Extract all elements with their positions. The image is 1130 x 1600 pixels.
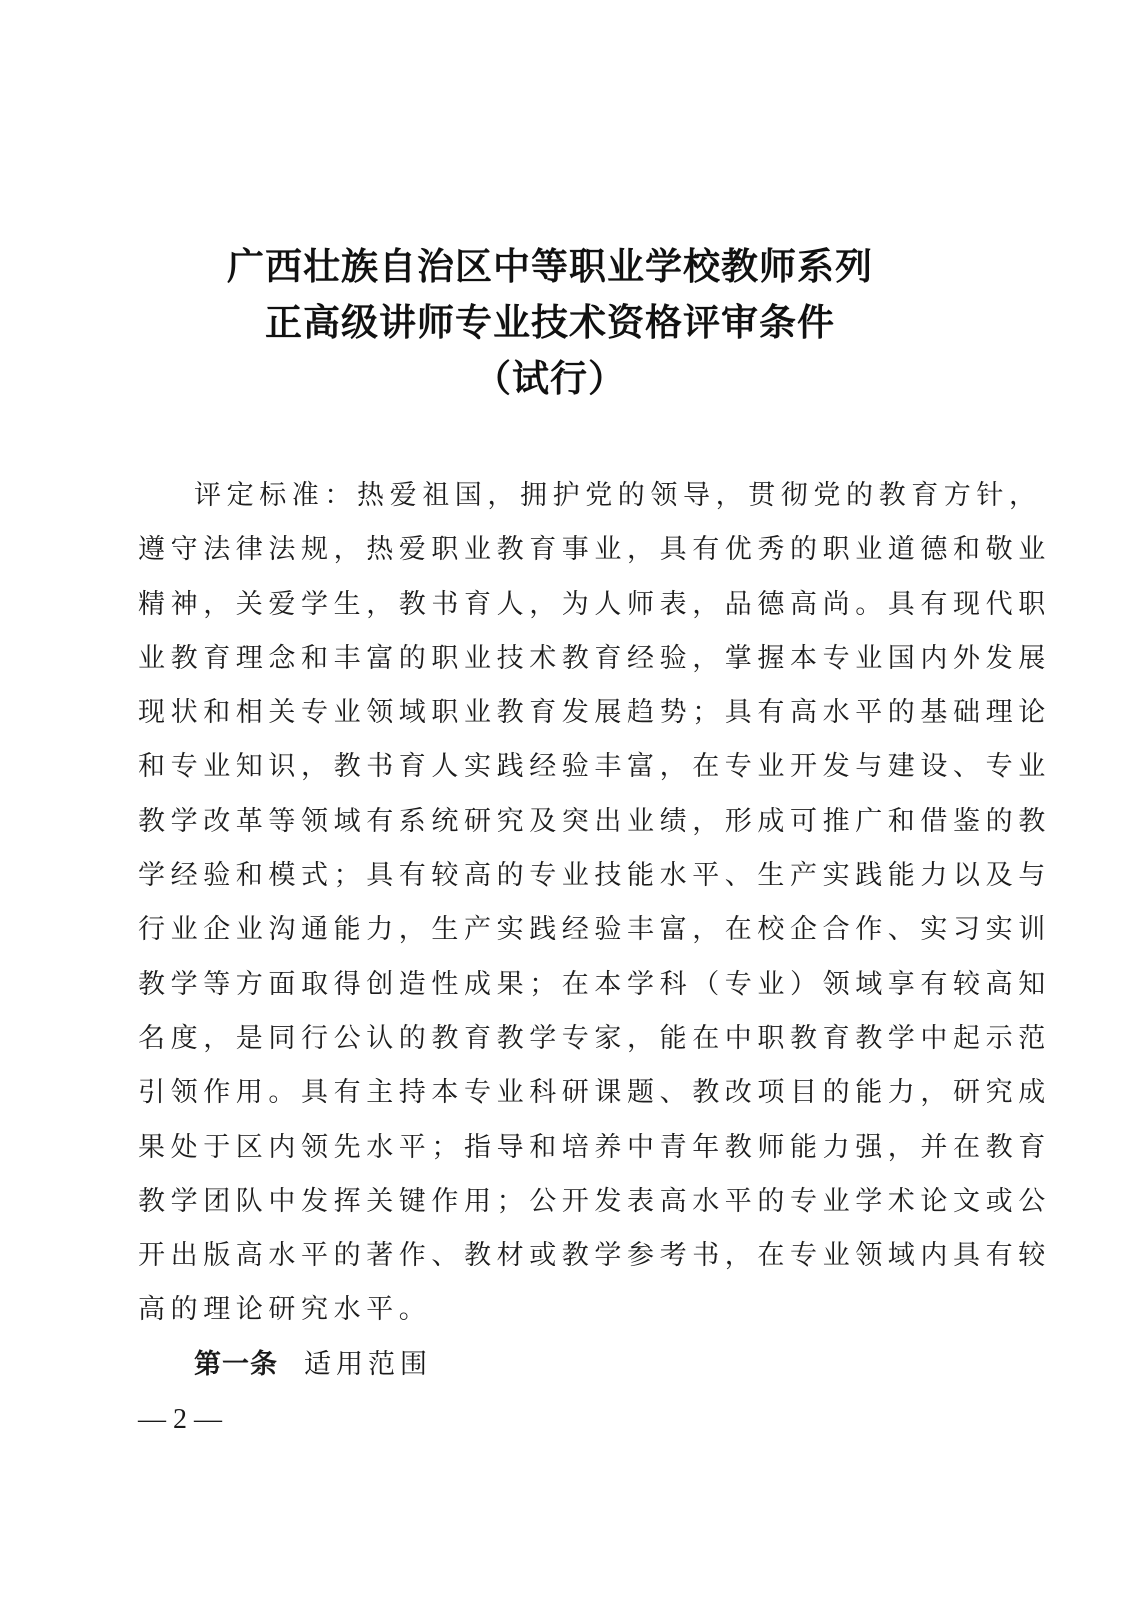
document-page: 广西壮族自治区中等职业学校教师系列 正高级讲师专业技术资格评审条件 （试行） 评… — [0, 0, 1130, 1600]
section-number: 第一条 — [194, 1349, 278, 1380]
paragraph-line: 果处于区内领先水平；指导和培养中青年教师能力强，并在教育 — [138, 1121, 970, 1175]
paragraph-line: 教学改革等领域有系统研究及突出业绩，形成可推广和借鉴的教 — [138, 795, 970, 849]
paragraph-line: 教学团队中发挥关键作用；公开发表高水平的专业学术论文或公 — [138, 1175, 970, 1229]
title-line-3-trial: （试行） — [0, 350, 1100, 406]
section-name: 适用范围 — [304, 1349, 432, 1380]
paragraph-line: 评定标准：热爱祖国，拥护党的领导，贯彻党的教育方针， — [138, 469, 970, 523]
paragraph-line: 教学等方面取得创造性成果；在本学科（专业）领域享有较高知 — [138, 958, 970, 1012]
paragraph-line: 精神，关爱学生，教书育人，为人师表，品德高尚。具有现代职 — [138, 578, 970, 632]
paragraph-line: 开出版高水平的著作、教材或教学参考书，在专业领域内具有较 — [138, 1229, 970, 1283]
paragraph-line: 遵守法律法规，热爱职业教育事业，具有优秀的职业道德和敬业 — [138, 523, 970, 577]
paragraph-line: 高的理论研究水平。 — [138, 1283, 970, 1337]
evaluation-standard-paragraph: 评定标准：热爱祖国，拥护党的领导，贯彻党的教育方针， 遵守法律法规，热爱职业教育… — [138, 469, 970, 1338]
page-number: — 2 — — [138, 1402, 222, 1438]
paragraph-line: 学经验和模式；具有较高的专业技能水平、生产实践能力以及与 — [138, 849, 970, 903]
title-line-2: 正高级讲师专业技术资格评审条件 — [0, 294, 1100, 350]
document-title: 广西壮族自治区中等职业学校教师系列 正高级讲师专业技术资格评审条件 （试行） — [0, 238, 1100, 406]
section-heading-article-1: 第一条适用范围 — [194, 1345, 432, 1385]
paragraph-line: 引领作用。具有主持本专业科研课题、教改项目的能力，研究成 — [138, 1066, 970, 1120]
paragraph-line: 和专业知识，教书育人实践经验丰富，在专业开发与建设、专业 — [138, 740, 970, 794]
paragraph-line: 行业企业沟通能力，生产实践经验丰富，在校企合作、实习实训 — [138, 903, 970, 957]
paragraph-line: 业教育理念和丰富的职业技术教育经验，掌握本专业国内外发展 — [138, 632, 970, 686]
paragraph-line: 名度，是同行公认的教育教学专家，能在中职教育教学中起示范 — [138, 1012, 970, 1066]
paragraph-line: 现状和相关专业领域职业教育发展趋势；具有高水平的基础理论 — [138, 686, 970, 740]
title-line-1: 广西壮族自治区中等职业学校教师系列 — [0, 238, 1100, 294]
